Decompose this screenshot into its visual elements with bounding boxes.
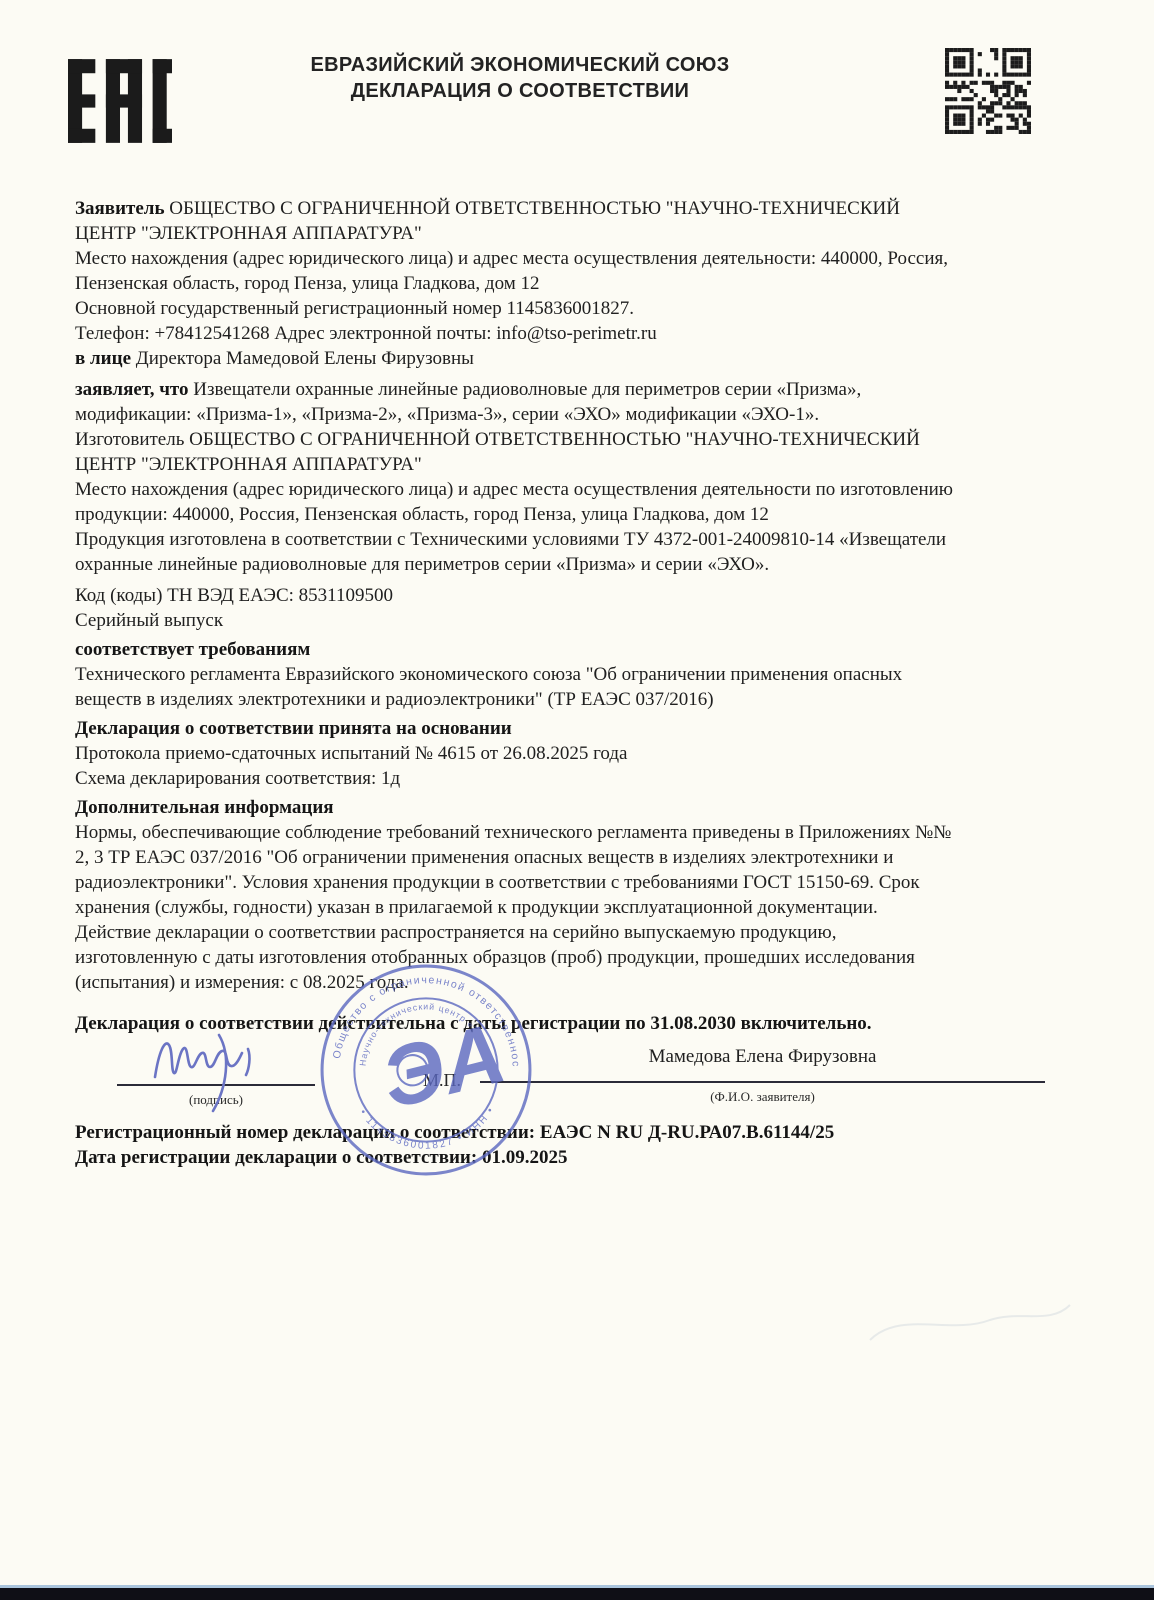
basis-heading: Декларация о соответствии принята на осн… <box>75 716 1094 741</box>
registration-number-line: Регистрационный номер декларации о соотв… <box>75 1120 1094 1145</box>
manufacturer-name: ОБЩЕСТВО С ОГРАНИЧЕННОЙ ОТВЕТСТВЕННОСТЬЮ… <box>75 429 920 475</box>
basis-protocol: Протокола приемо-сдаточных испытаний № 4… <box>75 741 1094 766</box>
document-body: Заявитель ОБЩЕСТВО С ОГРАНИЧЕННОЙ ОТВЕТС… <box>75 196 1094 1170</box>
compliance-text: Технического регламента Евразийского эко… <box>75 662 1094 712</box>
applicant-paragraph: Заявитель ОБЩЕСТВО С ОГРАНИЧЕННОЙ ОТВЕТС… <box>75 196 1094 246</box>
manufacturer-paragraph: Изготовитель ОБЩЕСТВО С ОГРАНИЧЕННОЙ ОТВ… <box>75 427 1094 477</box>
additional-heading: Дополнительная информация <box>75 795 1094 820</box>
product-paragraph: заявляет, что Извещатели охранные линейн… <box>75 377 1094 427</box>
declaration-document: ЕВРАЗИЙСКИЙ ЭКОНОМИЧЕСКИЙ СОЮЗ ДЕКЛАРАЦИ… <box>0 0 1154 1600</box>
registration-date-value: 01.09.2025 <box>482 1147 568 1168</box>
registration-date-line: Дата регистрации декларации о соответств… <box>75 1145 1094 1170</box>
signature-area: (подпись) <box>117 1040 315 1112</box>
document-header: ЕВРАЗИЙСКИЙ ЭКОНОМИЧЕСКИЙ СОЮЗ ДЕКЛАРАЦИ… <box>0 0 1154 150</box>
document-title: ЕВРАЗИЙСКИЙ ЭКОНОМИЧЕСКИЙ СОЮЗ ДЕКЛАРАЦИ… <box>255 52 785 104</box>
product-description: Извещатели охранные линейные радиоволнов… <box>75 379 861 425</box>
signer-name-area: Мамедова Елена Фирузовна (Ф.И.О. заявите… <box>480 1040 1045 1109</box>
representative-paragraph: в лице Директора Мамедовой Елены Фирузов… <box>75 346 1094 371</box>
applicant-contacts: Телефон: +78412541268 Адрес электронной … <box>75 321 1094 346</box>
signature-block: (подпись) М.П. Мамедова Елена Фирузовна … <box>75 1040 1094 1120</box>
applicant-name: ОБЩЕСТВО С ОГРАНИЧЕННОЙ ОТВЕТСТВЕННОСТЬЮ… <box>75 198 900 244</box>
issue-type: Серийный выпуск <box>75 608 1094 633</box>
registration-number-label: Регистрационный номер декларации о соотв… <box>75 1122 535 1143</box>
eac-logo-icon <box>68 55 172 152</box>
signer-name: Мамедова Елена Фирузовна <box>480 1044 1045 1069</box>
scan-artifact <box>860 1280 1080 1365</box>
manufacturer-address: Место нахождения (адрес юридического лиц… <box>75 477 1094 527</box>
basis-scheme: Схема декларирования соответствия: 1д <box>75 766 1094 791</box>
applicant-address: Место нахождения (адрес юридического лиц… <box>75 246 1094 296</box>
registration-date-label: Дата регистрации декларации о соответств… <box>75 1147 477 1168</box>
tnved-code: Код (коды) ТН ВЭД ЕАЭС: 8531109500 <box>75 583 1094 608</box>
applicant-label: Заявитель <box>75 198 165 219</box>
compliance-heading: соответствует требованиям <box>75 637 1094 662</box>
scan-edge-bar <box>0 1588 1154 1600</box>
signer-name-line <box>480 1081 1045 1083</box>
signature-scribble-icon <box>147 1024 267 1123</box>
signer-name-caption: (Ф.И.О. заявителя) <box>480 1084 1045 1109</box>
representative-label: в лице <box>75 348 131 369</box>
qr-code-icon <box>945 48 1031 139</box>
applicant-ogrn: Основной государственный регистрационный… <box>75 296 1094 321</box>
registration-number-value: ЕАЭС N RU Д-RU.РА07.В.61144/25 <box>540 1122 834 1143</box>
manufacturer-label: Изготовитель <box>75 429 184 450</box>
technical-conditions: Продукция изготовлена в соответствии с Т… <box>75 527 1094 577</box>
title-line-2: ДЕКЛАРАЦИЯ О СООТВЕТСТВИИ <box>255 78 785 104</box>
representative-name: Директора Мамедовой Елены Фирузовны <box>136 348 474 369</box>
stamp-place-label: М.П. <box>423 1068 461 1093</box>
additional-text: Нормы, обеспечивающие соблюдение требова… <box>75 820 1094 995</box>
title-line-1: ЕВРАЗИЙСКИЙ ЭКОНОМИЧЕСКИЙ СОЮЗ <box>255 52 785 78</box>
declares-label: заявляет, что <box>75 379 189 400</box>
